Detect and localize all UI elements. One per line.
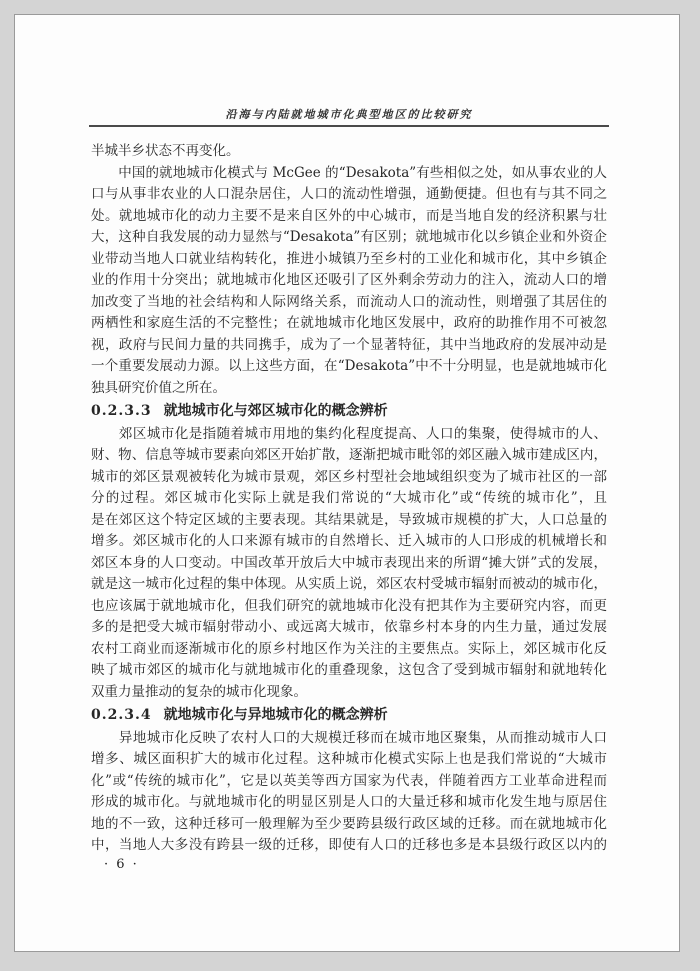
text-line: 独具研究价值之所在。 bbox=[91, 378, 607, 400]
text-line: 郊区城市化是指随着城市用地的集约化程度提高、人口的集聚，使得城市的人、 bbox=[91, 424, 607, 446]
text-line: 也应该属于就地城市化，但我们研究的就地城市化没有把其作为主要研究内容，而更 bbox=[91, 596, 607, 618]
text-line: 映了城市郊区的城市化与就地城市化的重叠现象，这包含了受到城市辐射和就地转化 bbox=[91, 660, 607, 682]
text-line: 半城半乡状态不再变化。 bbox=[91, 141, 607, 163]
text-line: 化”或“传统的城市化”，它是以英美等西方国家为代表，伴随着西方工业革命进程而 bbox=[91, 771, 607, 793]
text-line: 业的作用十分突出；就地城市化地区还吸引了区外剩余劳动力的注入，流动人口的增 bbox=[91, 270, 607, 292]
header-rule bbox=[89, 125, 609, 127]
text-line: 郊区本身的人口变动。中国改革开放后大中城市表现出来的所谓“摊大饼”式的发展， bbox=[91, 553, 607, 575]
text-line: 农村工商业而逐渐城市化的原乡村地区作为关注的主要焦点。实际上，郊区城市化反 bbox=[91, 639, 607, 661]
text-line: 增多。郊区城市化的人口来源有城市的自然增长、迁入城市的人口形成的机械增长和 bbox=[91, 531, 607, 553]
text-line: 双重力量推动的复杂的城市化现象。 bbox=[91, 682, 607, 704]
page-body-text: 半城半乡状态不再变化。 中国的就地城市化模式与 McGee 的“Desakota… bbox=[91, 141, 607, 857]
paragraph: 半城半乡状态不再变化。 bbox=[91, 141, 607, 163]
section-title: 就地城市化与郊区城市化的概念辨析 bbox=[164, 403, 388, 419]
section-number: 0.2.3.3 bbox=[91, 403, 152, 419]
text-line: 多的是把受大城市辐射带动小、或远离大城市，依靠乡村本身的内生力量，通过发展 bbox=[91, 617, 607, 639]
paragraph: 异地城市化反映了农村人口的大规模迁移而在城市地区聚集，从而推动城市人口增多、城区… bbox=[91, 728, 607, 857]
text-line: 中，当地人大多没有跨县一级的迁移，即使有人口的迁移也多是本县级行政区以内的 bbox=[91, 835, 607, 857]
text-line: 增多、城区面积扩大的城市化过程。这种城市化模式实际上也是我们常说的“大城市 bbox=[91, 749, 607, 771]
section-title: 就地城市化与异地城市化的概念辨析 bbox=[164, 707, 388, 723]
text-line: 财、物、信息等城市要素向郊区开始扩散，逐渐把城市毗邻的郊区融入城市建成区内， bbox=[91, 445, 607, 467]
paragraph: 中国的就地城市化模式与 McGee 的“Desakota”有些相似之处，如从事农… bbox=[91, 163, 607, 400]
text-line: 口与从事非农业的人口混杂居住，人口的流动性增强，通勤便捷。但也有与其不同之 bbox=[91, 184, 607, 206]
text-line: 城市的郊区景观被转化为城市景观，郊区乡村型社会地域组织变为了城市社区的一部 bbox=[91, 467, 607, 489]
text-line: 一个重要发展动力源。以上这些方面，在“Desakota”中不十分明显，也是就地城… bbox=[91, 356, 607, 378]
book-page: 沿海与内陆就地城市化典型地区的比较研究 半城半乡状态不再变化。 中国的就地城市化… bbox=[14, 14, 680, 952]
text-line: 是在郊区这个特定区域的主要表现。其结果就是，导致城市规模的扩大，人口总量的 bbox=[91, 510, 607, 532]
paragraph: 郊区城市化是指随着城市用地的集约化程度提高、人口的集聚，使得城市的人、财、物、信… bbox=[91, 424, 607, 704]
text-line: 中国的就地城市化模式与 McGee 的“Desakota”有些相似之处，如从事农… bbox=[91, 163, 607, 185]
running-head-title: 沿海与内陆就地城市化典型地区的比较研究 bbox=[89, 106, 609, 122]
section-heading: 0.2.3.4就地城市化与异地城市化的概念辨析 bbox=[91, 705, 607, 727]
text-line: 处。就地城市化的动力主要不是来自区外的中心城市，而是当地自发的经济积累与壮 bbox=[91, 206, 607, 228]
text-line: 加改变了当地的社会结构和人际网络关系，而流动人口的流动性，则增强了其居住的 bbox=[91, 292, 607, 314]
text-line: 就是这一城市化过程的集中体现。从实质上说，郊区农村受城市辐射而被动的城市化， bbox=[91, 574, 607, 596]
section-number: 0.2.3.4 bbox=[91, 707, 152, 723]
text-line: 大，这种自我发展的动力显然与“Desakota”有区别；就地城市化以乡镇企业和外… bbox=[91, 227, 607, 249]
text-line: 视，政府与民间力量的共同携手，成为了一个显著特征，其中当地政府的发展冲动是 bbox=[91, 335, 607, 357]
text-line: 异地城市化反映了农村人口的大规模迁移而在城市地区聚集，从而推动城市人口 bbox=[91, 728, 607, 750]
section-heading: 0.2.3.3就地城市化与郊区城市化的概念辨析 bbox=[91, 401, 607, 423]
page-number: · 6 · bbox=[104, 857, 139, 872]
text-line: 两栖性和家庭生活的不完整性；在就地城市化地区发展中，政府的助推作用不可被忽 bbox=[91, 313, 607, 335]
text-line: 分的过程。郊区城市化实际上就是我们常说的“大城市化”或“传统的城市化”，且 bbox=[91, 488, 607, 510]
text-line: 业带动当地人口就业结构转化，推进小城镇乃至乡村的工业化和城市化，其中乡镇企 bbox=[91, 249, 607, 271]
text-line: 地的不一致，这种迁移可一般理解为至少要跨县级行政区域的迁移。而在就地城市化 bbox=[91, 814, 607, 836]
text-line: 形成的城市化。与就地城市化的明显区别是人口的大量迁移和城市化发生地与原居住 bbox=[91, 792, 607, 814]
